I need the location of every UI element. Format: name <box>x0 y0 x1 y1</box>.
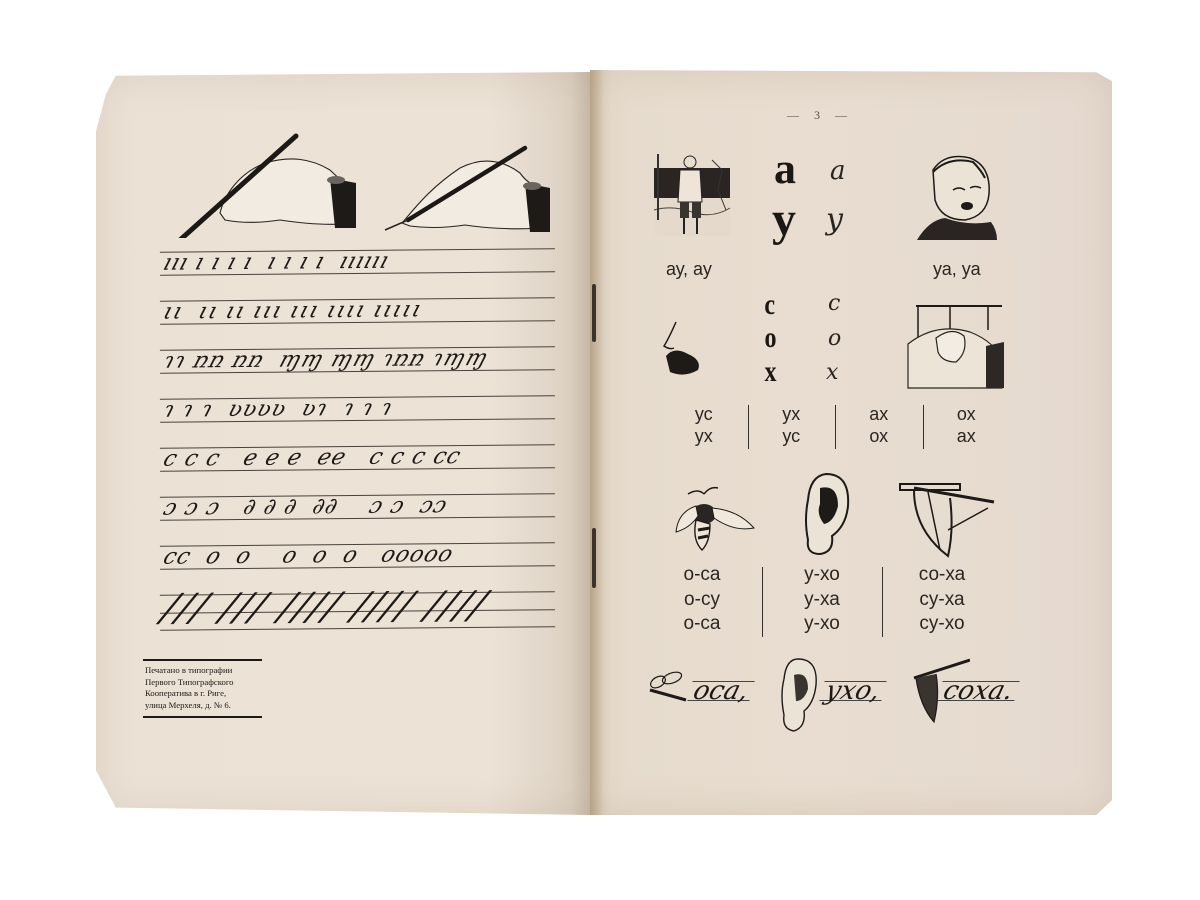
print-letter-a: а <box>774 147 796 191</box>
syllable: ох <box>923 403 1011 425</box>
crying-child-icon <box>915 150 997 242</box>
script-strokes: ɿɿ ռռ ռռ ɱɱ ɱɱ ɿռռ ɿɱɱ <box>160 346 492 374</box>
hand-pen-icon <box>170 128 560 238</box>
print-letter-s: с <box>764 290 775 320</box>
syllable-table-1: ус ух ух ус ах ох ох ах <box>660 403 1010 453</box>
syllable: ух <box>748 403 836 425</box>
syllable: о-са <box>642 612 762 637</box>
syllable: су-ха <box>882 588 1002 613</box>
syllable-column: о-са о-су о-са <box>642 563 762 641</box>
print-letter-o: о <box>765 323 777 353</box>
spine-stain <box>590 70 604 815</box>
small-ear-illustration <box>778 655 822 735</box>
syllable: у-хо <box>762 563 882 588</box>
caption-au: ау, ау <box>666 260 712 278</box>
print-letter-kh: х <box>765 357 777 387</box>
script-letter-o: o <box>828 328 841 350</box>
script-letter-s: c <box>828 293 840 315</box>
copybook-row: ɿ ɿ ɿ ʋʋʋʋ ʋɿ ɿ ɿ ɿ <box>160 395 555 422</box>
copybook-row: ɔ ɔ ɔ ∂ ∂ ∂ ∂∂ ɔ ɔ ɔɔ <box>160 493 555 520</box>
nose-sniff-icon <box>658 320 708 380</box>
script-word-sokha: соха. <box>937 681 1019 701</box>
staple-bottom <box>592 528 596 588</box>
copybook-row: c c c e e e ee c c c cc <box>160 444 555 471</box>
script-word-osa: оса, <box>687 681 754 701</box>
printer-imprint: Печатано в типографии Первого Типографск… <box>143 659 262 718</box>
syllable: ус <box>660 403 748 425</box>
ear-icon <box>798 470 853 560</box>
wasp-icon <box>668 484 758 554</box>
script-strokes: ɿ ɿ ɿ ʋʋʋʋ ʋɿ ɿ ɿ ɿ <box>160 396 396 423</box>
syllable: ох <box>835 425 923 447</box>
script-strokes: c c c e e e ee c c c cc <box>160 444 464 472</box>
ear-illustration <box>798 470 853 560</box>
syllable-column: ус ух <box>660 403 748 453</box>
woman-in-bed-illustration <box>906 302 1006 390</box>
syllable: ус <box>748 425 836 447</box>
syllable: у-ха <box>762 588 882 613</box>
copybook-row: ιι ιι ιι ιιι ιιι ιιιι ιιιιι <box>160 297 555 324</box>
wasp-illustration <box>668 484 758 554</box>
plough-illustration <box>898 480 998 560</box>
imprint-line: Первого Типографского <box>145 677 260 689</box>
copybook-exercises: ııı ı ı ı ı ı ı ı ı ıııııı ιι ιι ιι ιιι … <box>160 250 555 654</box>
imprint-line: Печатано в типографии <box>145 665 260 677</box>
script-letter-u: y <box>826 205 843 235</box>
script-strokes: ɔ ɔ ɔ ∂ ∂ ∂ ∂∂ ɔ ɔ ɔɔ <box>160 493 451 521</box>
crying-child-illustration <box>915 150 997 242</box>
staple-top <box>592 284 596 342</box>
script-strokes: cc o o o o o ooooo <box>160 542 457 570</box>
syllable: у-хо <box>762 612 882 637</box>
boy-in-forest-icon <box>652 150 732 240</box>
imprint-line: улица Мерхеля, д. № 6. <box>145 700 260 712</box>
syllable-column: со-ха су-ха су-хо <box>882 563 1002 641</box>
wasp-icon <box>646 668 688 704</box>
copybook-row-tall: /// /// //// //// //// <box>160 591 555 630</box>
syllable-table-2: о-са о-су о-са у-хо у-ха у-хо со-ха су-х… <box>642 563 1002 641</box>
syllable-column: ах ох <box>835 403 923 453</box>
syllable-column: ох ах <box>923 403 1011 453</box>
syllable: су-хо <box>882 612 1002 637</box>
nose-illustration <box>658 320 708 380</box>
small-wasp-illustration <box>646 668 688 704</box>
ear-icon <box>778 655 822 735</box>
print-letter-u: у <box>772 196 796 244</box>
syllable: о-са <box>642 563 762 588</box>
imprint-line: Кооператива в г. Риге, <box>145 688 260 700</box>
script-strokes: /// /// //// //// //// <box>157 583 494 630</box>
copybook-row: ııı ı ı ı ı ı ı ı ı ıııııı <box>160 248 555 275</box>
woman-in-bed-icon <box>906 302 1006 390</box>
boy-calling-illustration <box>652 150 732 240</box>
plough-icon <box>898 480 998 560</box>
copybook-row: cc o o o o o ooooo <box>160 542 555 569</box>
syllable: ах <box>923 425 1011 447</box>
syllable: со-ха <box>882 563 1002 588</box>
hands-holding-pen-illustration <box>170 128 560 238</box>
script-word-ukho: ухо, <box>819 681 886 701</box>
script-strokes: ιι ιι ιι ιιι ιιι ιιιι ιιιιι <box>160 297 426 324</box>
page-number: — 3 — <box>770 108 870 123</box>
syllable-column: ух ус <box>748 403 836 453</box>
syllable: ах <box>835 403 923 425</box>
syllable: о-су <box>642 588 762 613</box>
script-letter-kh: x <box>826 362 838 384</box>
script-strokes: ııı ı ı ı ı ı ı ı ı ıııııı <box>160 249 392 276</box>
syllable: ух <box>660 425 748 447</box>
syllable-column: у-хо у-ха у-хо <box>762 563 882 641</box>
caption-ua: уа, уа <box>933 260 981 278</box>
copybook-row: ɿɿ ռռ ռռ ɱɱ ɱɱ ɿռռ ɿɱɱ <box>160 346 555 373</box>
script-letter-a: a <box>830 158 846 184</box>
